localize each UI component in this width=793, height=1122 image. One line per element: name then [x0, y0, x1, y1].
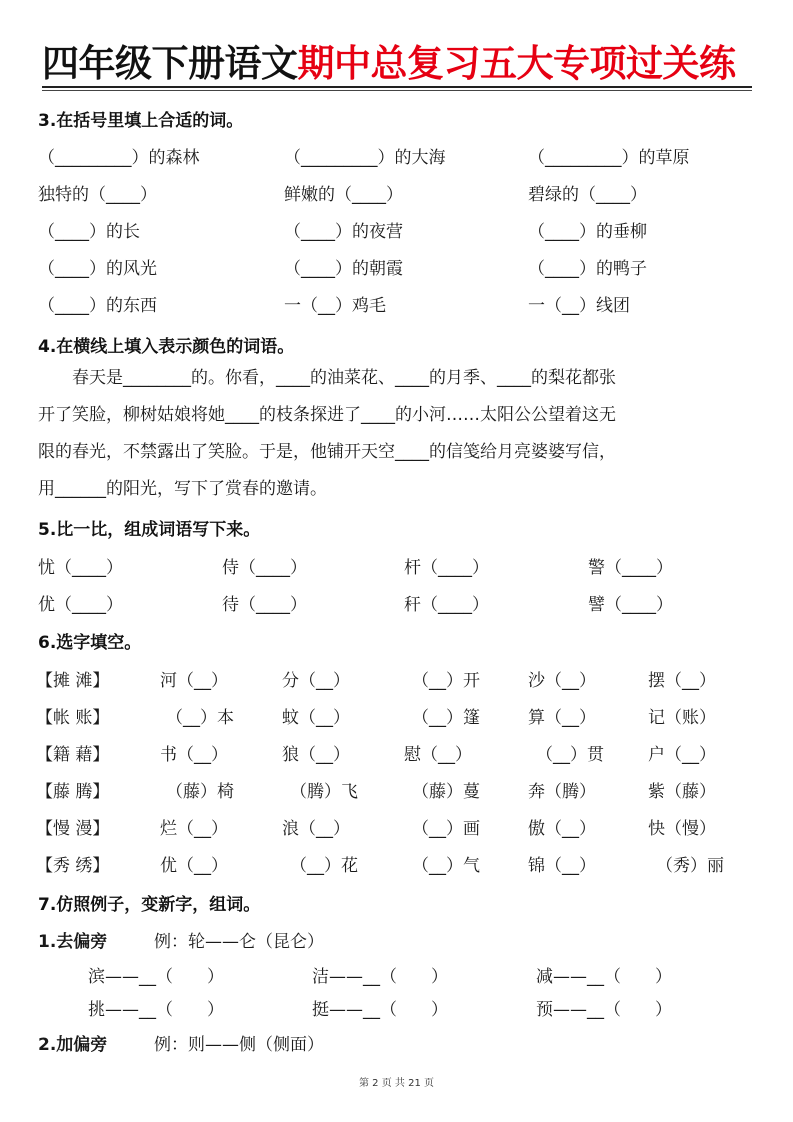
section-6-row: 【摊 滩】 河（__） 分（__） （__）开 沙（__） 摆（__） — [0, 666, 793, 696]
fill-blank-item: （_________）的草原 — [528, 143, 690, 168]
choice-item: 慰（__） — [404, 740, 472, 765]
section-6-row: 【慢 漫】 烂（__） 浪（__） （__）画 傲（__） 快（慢） — [0, 814, 793, 844]
choice-item: 沙（__） — [528, 666, 596, 691]
fill-blank-item: （____）的长 — [38, 217, 140, 242]
paragraph-line: 春天是________的。你看，____的油菜花、____的月季、____的梨花… — [38, 360, 758, 397]
fill-blank-item: 一（__）鸡毛 — [284, 291, 386, 316]
char-pair-label: 【摊 滩】 — [36, 666, 109, 691]
section-3-row: （____）的长 （____）的夜营 （____）的垂柳 — [0, 217, 793, 247]
radical-item: 挑——__（ ） — [88, 995, 224, 1020]
choice-item: （__）篷 — [412, 703, 480, 728]
compare-word-item: 警（____） — [588, 553, 673, 578]
remove-radical-label: 1.去偏旁 — [38, 927, 107, 952]
choice-item: （__）贯 — [536, 740, 604, 765]
section-6-heading: 6.选字填空。 — [38, 628, 141, 653]
choice-item: （秀）丽 — [656, 851, 724, 876]
fill-blank-item: 一（__）线团 — [528, 291, 630, 316]
color-words-paragraph: 春天是________的。你看，____的油菜花、____的月季、____的梨花… — [38, 360, 758, 508]
section-3-row: 独特的（____） 鲜嫩的（____） 碧绿的（____） — [0, 180, 793, 210]
title-red-part: 期中总复习五大专项过关练 — [298, 42, 736, 85]
title-underline — [42, 86, 752, 88]
compare-word-item: 杆（____） — [404, 553, 489, 578]
section-7-part-2-header: 2.加偏旁 例：则——侧（侧面） — [0, 1030, 793, 1060]
compare-word-item: 待（____） — [222, 590, 307, 615]
title-underline-secondary — [42, 90, 752, 91]
choice-item: 快（慢） — [648, 814, 716, 839]
section-5-heading: 5.比一比，组成词语写下来。 — [38, 515, 260, 540]
choice-item: 摆（__） — [648, 666, 716, 691]
section-7-heading: 7.仿照例子，变新字，组词。 — [38, 890, 260, 915]
section-7-row: 滨——__（ ） 洁——__（ ） 减——__（ ） — [0, 962, 793, 992]
choice-item: 书（__） — [160, 740, 228, 765]
char-pair-label: 【秀 绣】 — [36, 851, 109, 876]
char-pair-label: 【藤 腾】 — [36, 777, 109, 802]
radical-item: 挺——__（ ） — [312, 995, 448, 1020]
choice-item: 蚊（__） — [282, 703, 350, 728]
title-black-part: 四年级下册语文 — [42, 42, 298, 85]
choice-item: （藤）椅 — [166, 777, 234, 802]
choice-item: 傲（__） — [528, 814, 596, 839]
choice-item: 算（__） — [528, 703, 596, 728]
choice-item: 优（__） — [160, 851, 228, 876]
paragraph-line: 开了笑脸，柳树姑娘将她____的枝条探进了____的小河……太阳公公望着这无 — [38, 397, 758, 434]
char-pair-label: 【慢 漫】 — [36, 814, 109, 839]
choice-item: （__）画 — [412, 814, 480, 839]
section-6-row: 【籍 藉】 书（__） 狼（__） 慰（__） （__）贯 户（__） — [0, 740, 793, 770]
section-4-heading: 4.在横线上填入表示颜色的词语。 — [38, 332, 294, 357]
choice-item: 河（__） — [160, 666, 228, 691]
choice-item: （藤）蔓 — [412, 777, 480, 802]
choice-item: 户（__） — [648, 740, 716, 765]
section-7-part-1-header: 1.去偏旁 例：轮——仑（昆仑） — [0, 927, 793, 957]
page-number: 第 2 页 共 21 页 — [0, 1074, 793, 1089]
radical-item: 预——__（ ） — [536, 995, 672, 1020]
choice-item: 狼（__） — [282, 740, 350, 765]
choice-item: 锦（__） — [528, 851, 596, 876]
section-6-row: 【秀 绣】 优（__） （__）花 （__）气 锦（__） （秀）丽 — [0, 851, 793, 881]
compare-word-item: 秆（____） — [404, 590, 489, 615]
add-radical-label: 2.加偏旁 — [38, 1030, 107, 1055]
fill-blank-item: 鲜嫩的（____） — [284, 180, 403, 205]
radical-item: 滨——__（ ） — [88, 962, 224, 987]
section-6-row: 【藤 腾】 （藤）椅 （腾）飞 （藤）蔓 奔（腾） 紫（藤） — [0, 777, 793, 807]
fill-blank-item: （____）的东西 — [38, 291, 157, 316]
choice-item: 烂（__） — [160, 814, 228, 839]
fill-blank-item: （____）的夜营 — [284, 217, 403, 242]
section-3-row: （_________）的森林 （_________）的大海 （_________… — [0, 143, 793, 173]
char-pair-label: 【籍 藉】 — [36, 740, 109, 765]
remove-radical-example: 例：轮——仑（昆仑） — [154, 927, 324, 952]
choice-item: 浪（__） — [282, 814, 350, 839]
choice-item: 紫（藤） — [648, 777, 716, 802]
fill-blank-item: （_________）的大海 — [284, 143, 446, 168]
compare-word-item: 譬（____） — [588, 590, 673, 615]
paragraph-line: 用______的阳光，写下了赏春的邀请。 — [38, 471, 758, 508]
section-7-row: 挑——__（ ） 挺——__（ ） 预——__（ ） — [0, 995, 793, 1025]
choice-item: （__）气 — [412, 851, 480, 876]
radical-item: 减——__（ ） — [536, 962, 672, 987]
fill-blank-item: （____）的垂柳 — [528, 217, 647, 242]
fill-blank-item: （____）的风光 — [38, 254, 157, 279]
choice-item: 分（__） — [282, 666, 350, 691]
section-3-row: （____）的东西 一（__）鸡毛 一（__）线团 — [0, 291, 793, 321]
choice-item: （__）开 — [412, 666, 480, 691]
fill-blank-item: （____）的鸭子 — [528, 254, 647, 279]
compare-word-item: 优（____） — [38, 590, 123, 615]
section-5-row: 优（____） 待（____） 秆（____） 譬（____） — [0, 590, 793, 620]
page-title: 四年级下册语文期中总复习五大专项过关练 — [42, 42, 752, 86]
compare-word-item: 忧（____） — [38, 553, 123, 578]
paragraph-line: 限的春光，不禁露出了笑脸。于是，他铺开天空____的信笺给月亮婆婆写信， — [38, 434, 758, 471]
section-3-heading: 3.在括号里填上合适的词。 — [38, 106, 243, 131]
choice-item: （__）花 — [290, 851, 358, 876]
choice-item: （__）本 — [166, 703, 234, 728]
choice-item: 记（账） — [648, 703, 716, 728]
section-6-row: 【帐 账】 （__）本 蚊（__） （__）篷 算（__） 记（账） — [0, 703, 793, 733]
choice-item: 奔（腾） — [528, 777, 596, 802]
section-3-row: （____）的风光 （____）的朝霞 （____）的鸭子 — [0, 254, 793, 284]
fill-blank-item: （_________）的森林 — [38, 143, 200, 168]
add-radical-example: 例：则——侧（侧面） — [154, 1030, 324, 1055]
compare-word-item: 侍（____） — [222, 553, 307, 578]
radical-item: 洁——__（ ） — [312, 962, 448, 987]
fill-blank-item: 独特的（____） — [38, 180, 157, 205]
section-5-row: 忧（____） 侍（____） 杆（____） 警（____） — [0, 553, 793, 583]
fill-blank-item: （____）的朝霞 — [284, 254, 403, 279]
char-pair-label: 【帐 账】 — [36, 703, 109, 728]
fill-blank-item: 碧绿的（____） — [528, 180, 647, 205]
choice-item: （腾）飞 — [290, 777, 358, 802]
